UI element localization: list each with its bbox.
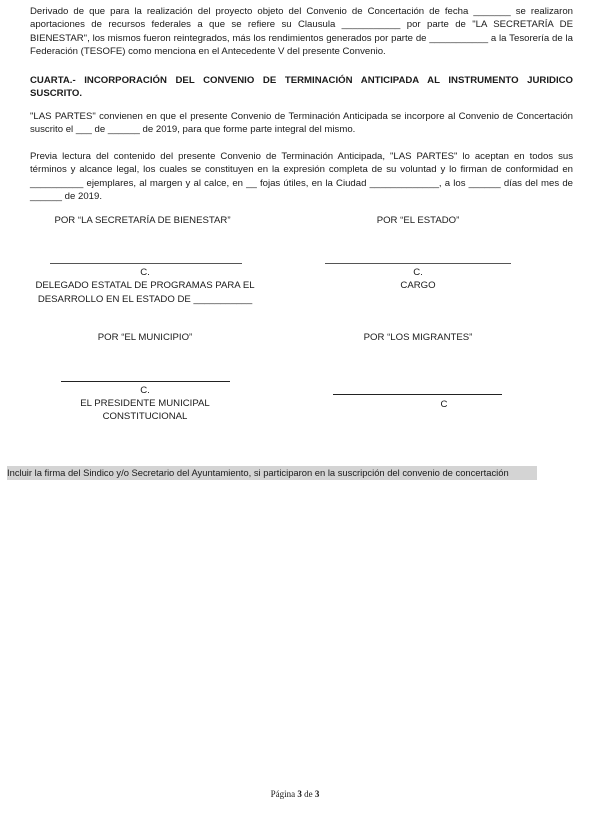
signatory-role-line2: DESARROLLO EN EL ESTADO DE ___________ bbox=[20, 293, 270, 306]
page-current: 3 bbox=[297, 789, 302, 799]
signatory-name: C. bbox=[45, 384, 245, 397]
signature-title: POR “EL ESTADO” bbox=[318, 214, 518, 227]
signature-line bbox=[325, 263, 511, 264]
signature-line bbox=[61, 381, 230, 382]
page-total: 3 bbox=[315, 789, 320, 799]
clause-heading-cuarta: CUARTA.- INCORPORACIÓN DEL CONVENIO DE T… bbox=[30, 75, 573, 100]
signature-title: POR “LA SECRETARÍA DE BIENESTAR” bbox=[20, 214, 265, 227]
page-footer: Página 3 de 3 bbox=[0, 789, 590, 799]
paragraph-previa-lectura: Previa lectura del contenido del present… bbox=[30, 150, 573, 204]
signatory-name: C. bbox=[318, 266, 518, 279]
signatory-name: C bbox=[344, 398, 544, 411]
paragraph-derivado: Derivado de que para la realización del … bbox=[30, 5, 573, 59]
signatory-role: DELEGADO ESTATAL DE PROGRAMAS PARA EL bbox=[20, 279, 270, 292]
page-label: Página bbox=[271, 789, 296, 799]
of-label: de bbox=[304, 789, 313, 799]
signature-line bbox=[50, 263, 242, 264]
signatory-role-line2: CONSTITUCIONAL bbox=[45, 410, 245, 423]
signatory-role: CARGO bbox=[318, 279, 518, 292]
signatory-role: EL PRESIDENTE MUNICIPAL bbox=[45, 397, 245, 410]
signatory-name: C. bbox=[20, 266, 270, 279]
signature-title: POR “LOS MIGRANTES” bbox=[318, 331, 518, 344]
paragraph-las-partes: "LAS PARTES" convienen en que el present… bbox=[30, 110, 573, 137]
signature-line bbox=[333, 394, 502, 395]
signature-title: POR “EL MUNICIPIO” bbox=[45, 331, 245, 344]
highlighted-note: Incluir la firma del Sindico y/o Secreta… bbox=[7, 466, 537, 480]
